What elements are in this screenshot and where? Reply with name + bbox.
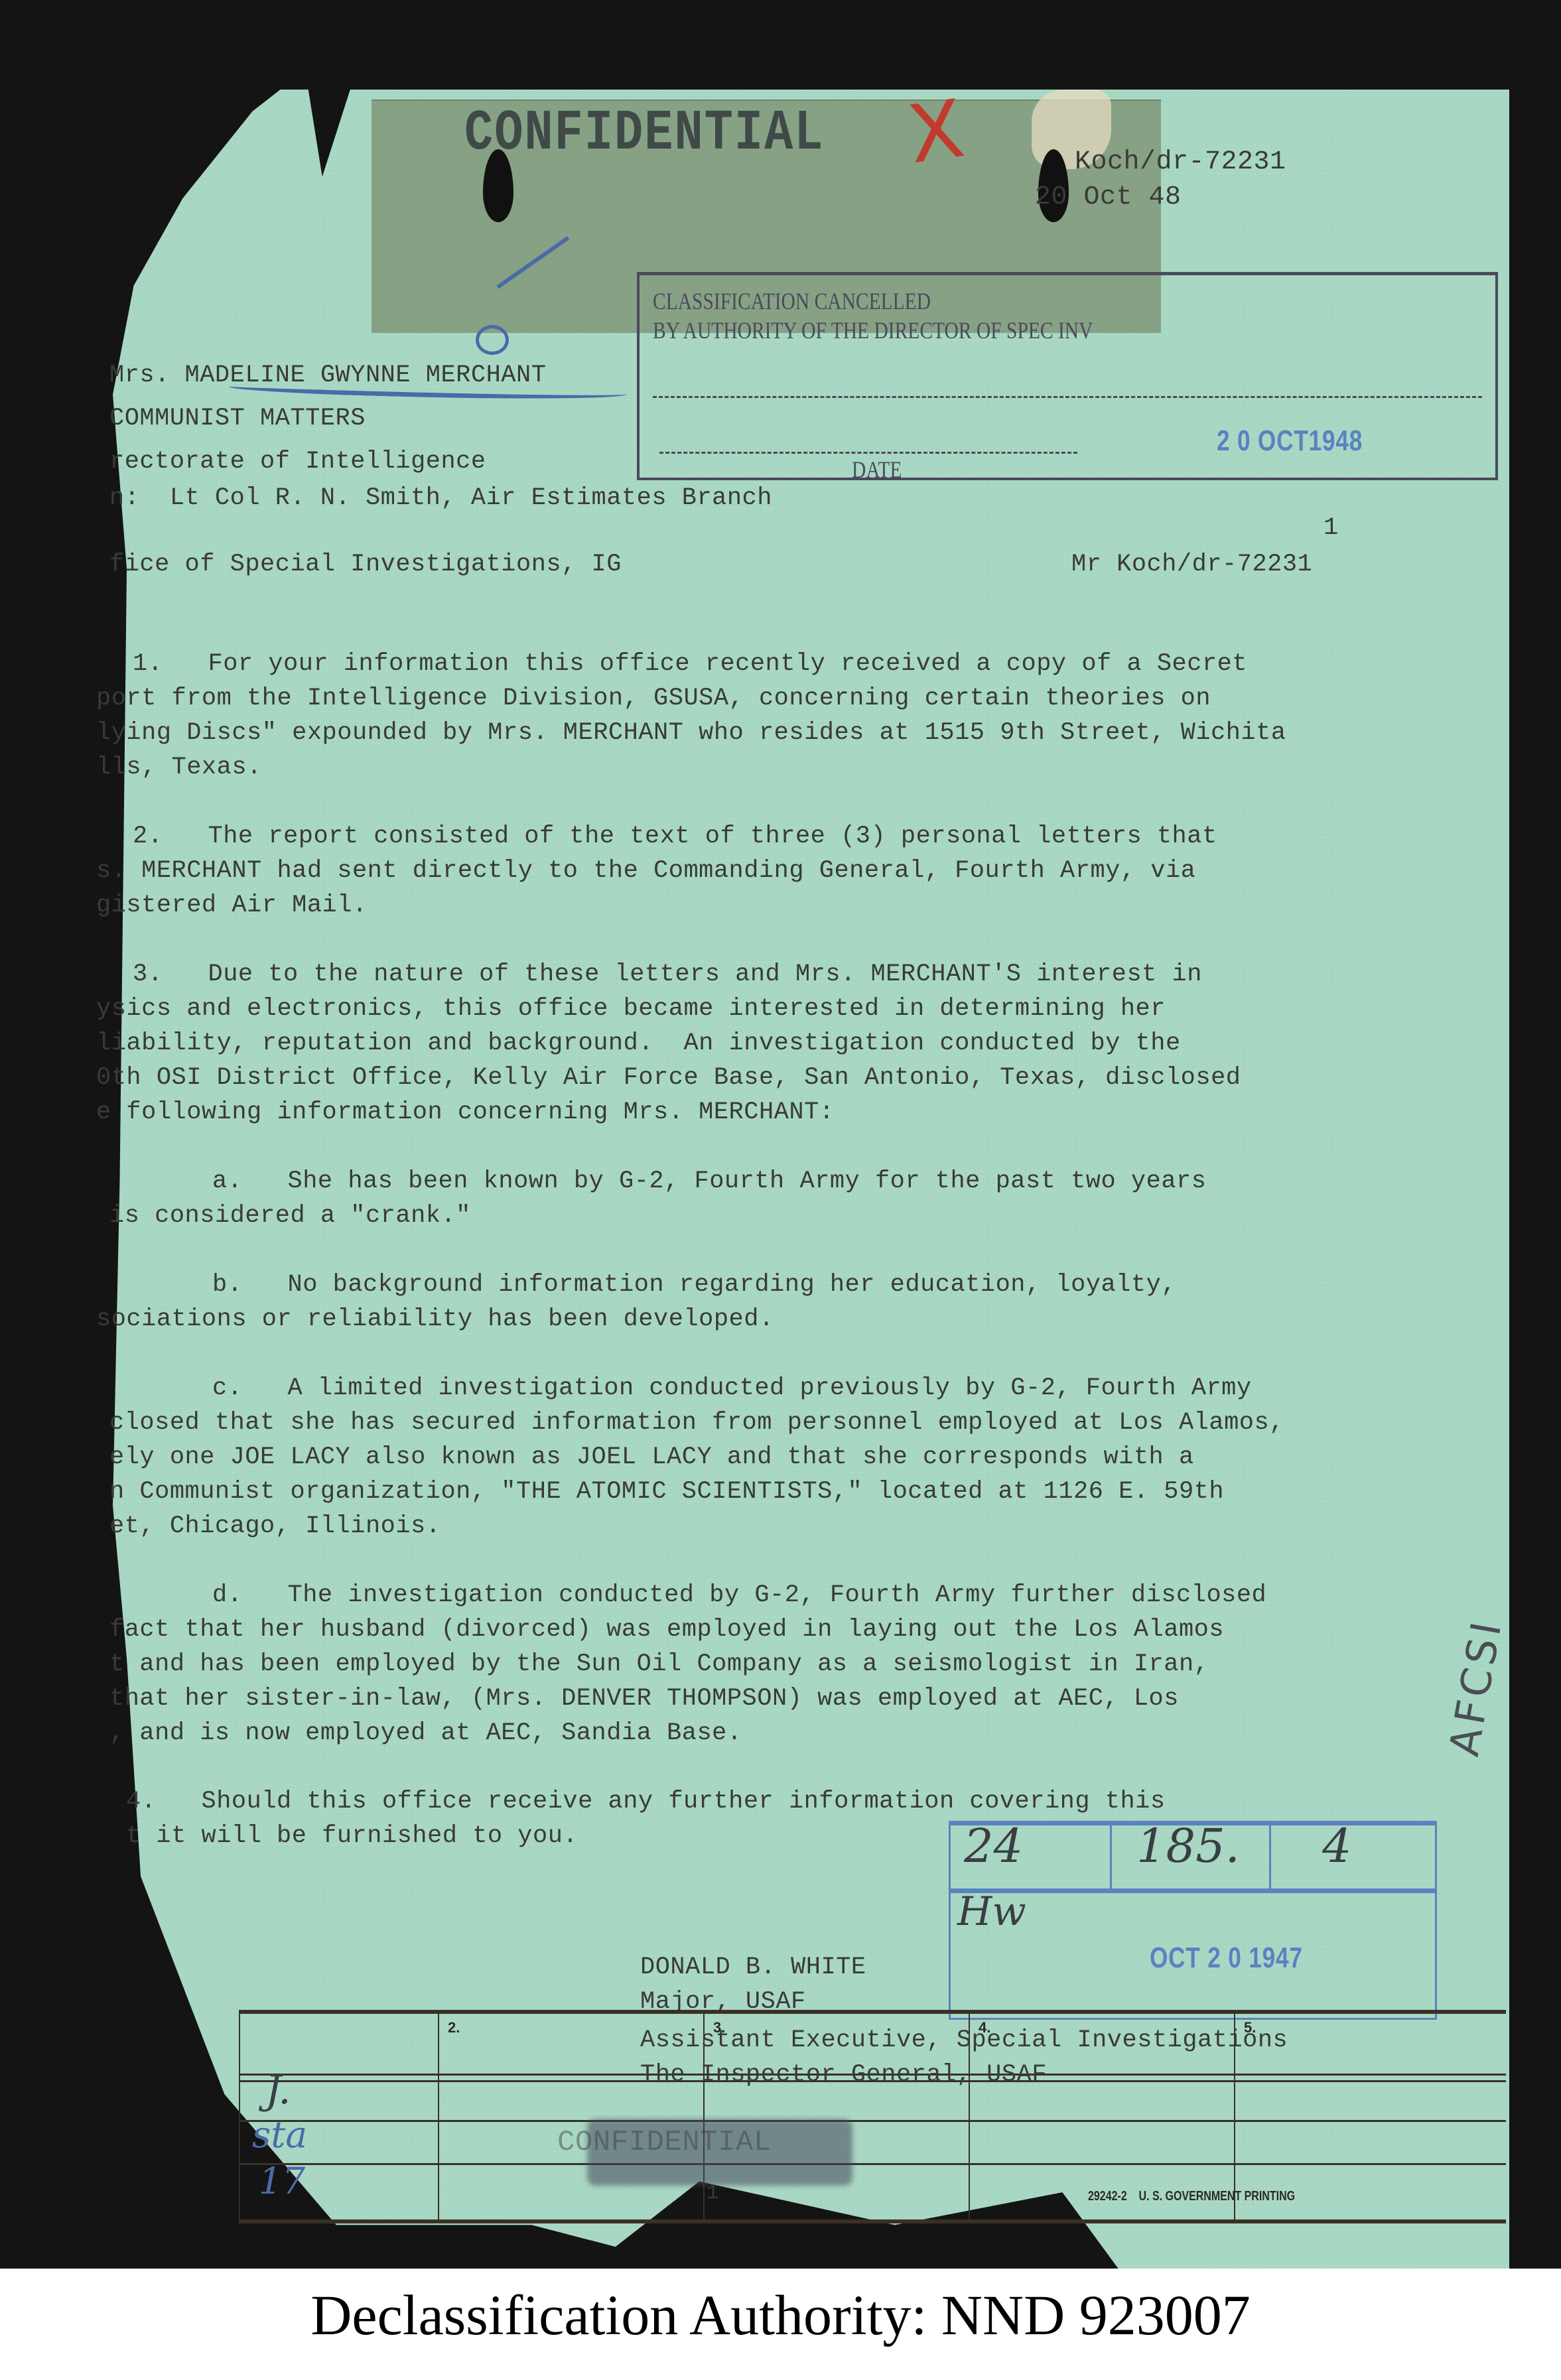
routing-stamp: 24 185. 4 Hw OCT 2 0 1947 bbox=[949, 1821, 1437, 2020]
para-2-line-2: s. MERCHANT had sent directly to the Com… bbox=[96, 857, 1195, 885]
para-1-line-3: lying Discs" expounded by Mrs. MERCHANT … bbox=[96, 719, 1286, 747]
from-line: fice of Special Investigations, IG bbox=[109, 551, 622, 578]
para-4-line-2: t it will be furnished to you. bbox=[126, 1822, 578, 1850]
routing-row-3 bbox=[239, 2163, 1506, 2165]
routing-cell-2: 185. bbox=[1136, 1819, 1240, 1873]
routing-date-stamp: OCT 2 0 1947 bbox=[1150, 1942, 1303, 1975]
para-c-line-5: et, Chicago, Illinois. bbox=[109, 1512, 441, 1540]
para-c-line-4: n Communist organization, "THE ATOMIC SC… bbox=[109, 1478, 1224, 1506]
para-d-line-4: that her sister-in-law, (Mrs. DENVER THO… bbox=[109, 1685, 1179, 1713]
para-3-line-4: 0th OSI District Office, Kelly Air Force… bbox=[96, 1064, 1241, 1092]
reference-top: Koch/dr-72231 bbox=[1075, 147, 1286, 177]
stamp-line-2: BY AUTHORITY OF THE DIRECTOR OF SPEC INV bbox=[653, 316, 1093, 344]
printer-credit: U. S. GOVERNMENT PRINTING bbox=[1139, 2189, 1296, 2204]
routing-table-col-2 bbox=[438, 2014, 439, 2219]
signer-name: DONALD B. WHITE bbox=[640, 1953, 866, 1981]
attention-line: n: Lt Col R. N. Smith, Air Estimates Bra… bbox=[109, 484, 772, 512]
para-a-line-1: a. She has been known by G-2, Fourth Arm… bbox=[212, 1167, 1206, 1195]
para-2-line-3: gistered Air Mail. bbox=[96, 892, 368, 919]
routing-table-col-1 bbox=[239, 2014, 240, 2219]
para-b-line-1: b. No background information regarding h… bbox=[212, 1271, 1176, 1299]
declassification-stamp: CLASSIFICATION CANCELLED BY AUTHORITY OF… bbox=[637, 272, 1498, 480]
para-a-line-2: is considered a "crank." bbox=[109, 1202, 471, 1230]
routing-row-2 bbox=[239, 2120, 1506, 2122]
stamp-date-value: 2 0 OCT1948 bbox=[1217, 425, 1363, 458]
para-1-line-1: 1. For your information this office rece… bbox=[133, 650, 1247, 678]
declassification-caption: Declassification Authority: NND 923007 bbox=[0, 2282, 1561, 2348]
para-3-line-1: 3. Due to the nature of these letters an… bbox=[133, 960, 1202, 988]
signer-title: Assistant Executive, Special Investigati… bbox=[640, 2026, 1288, 2054]
bottom-number: 1 bbox=[707, 2182, 719, 2205]
routing-cell-1: 24 bbox=[964, 1819, 1023, 1873]
routing-initials: Hw bbox=[957, 1888, 1026, 1935]
routing-cell-3: 4 bbox=[1322, 1819, 1352, 1873]
form-number: 29242-2 bbox=[1088, 2189, 1127, 2204]
addressee-line: Mrs. MADELINE GWYNNE MERCHANT bbox=[109, 362, 546, 389]
stamp-line-1: CLASSIFICATION CANCELLED bbox=[653, 287, 931, 315]
stamp-date-label: DATE bbox=[852, 456, 902, 484]
para-2-line-1: 2. The report consisted of the text of t… bbox=[133, 823, 1217, 850]
form-footer: 29242-2 U. S. GOVERNMENT PRINTING bbox=[1088, 2189, 1295, 2204]
para-3-line-5: e following information concerning Mrs. … bbox=[96, 1098, 834, 1126]
para-d-line-5: , and is now employed at AEC, Sandia Bas… bbox=[109, 1719, 742, 1747]
date-top: 20 Oct 48 bbox=[1035, 182, 1182, 212]
para-3-line-2: ysics and electronics, this office becam… bbox=[96, 995, 1166, 1023]
para-d-line-3: t and has been employed by the Sun Oil C… bbox=[109, 1650, 1209, 1678]
recipient-line: rectorate of Intelligence bbox=[109, 448, 486, 476]
signer-org: The Inspector General, USAF bbox=[640, 2061, 1047, 2089]
ink-loop bbox=[476, 325, 509, 355]
para-d-line-2: fact that her husband (divorced) was emp… bbox=[109, 1616, 1224, 1644]
para-b-line-2: sociations or reliability has been devel… bbox=[96, 1305, 774, 1333]
para-4-line-1: 4. Should this office receive any furthe… bbox=[126, 1788, 1166, 1816]
para-d-line-1: d. The investigation conducted by G-2, F… bbox=[212, 1581, 1266, 1609]
routing-divider-1 bbox=[1110, 1825, 1112, 1888]
stamp-rule-2 bbox=[659, 452, 1077, 454]
confidential-stamp-bottom: CONFIDENTIAL bbox=[557, 2126, 772, 2159]
para-c-line-2: closed that she has secured information … bbox=[109, 1409, 1284, 1437]
subject-line: COMMUNIST MATTERS bbox=[109, 405, 366, 432]
stamp-rule-1 bbox=[653, 396, 1482, 398]
routing-hand-3: 17 bbox=[259, 2160, 305, 2202]
para-3-line-3: liability, reputation and background. An… bbox=[96, 1029, 1181, 1057]
routing-hand-2: sta bbox=[252, 2113, 307, 2156]
reference-line: Mr Koch/dr-72231 bbox=[1071, 551, 1312, 578]
para-1-line-2: port from the Intelligence Division, GSU… bbox=[96, 685, 1211, 712]
routing-hand-1: J. bbox=[265, 2067, 291, 2113]
routing-col-label-2: 2. bbox=[448, 2019, 460, 2036]
page-number: 1 bbox=[1323, 514, 1339, 542]
para-c-line-1: c. A limited investigation conducted pre… bbox=[212, 1374, 1252, 1402]
para-1-line-4: lls, Texas. bbox=[96, 754, 262, 781]
routing-divider-2 bbox=[1269, 1825, 1271, 1888]
para-c-line-3: ely one JOE LACY also known as JOEL LACY… bbox=[109, 1443, 1194, 1471]
confidential-stamp-top: CONFIDENTIAL bbox=[464, 101, 824, 166]
